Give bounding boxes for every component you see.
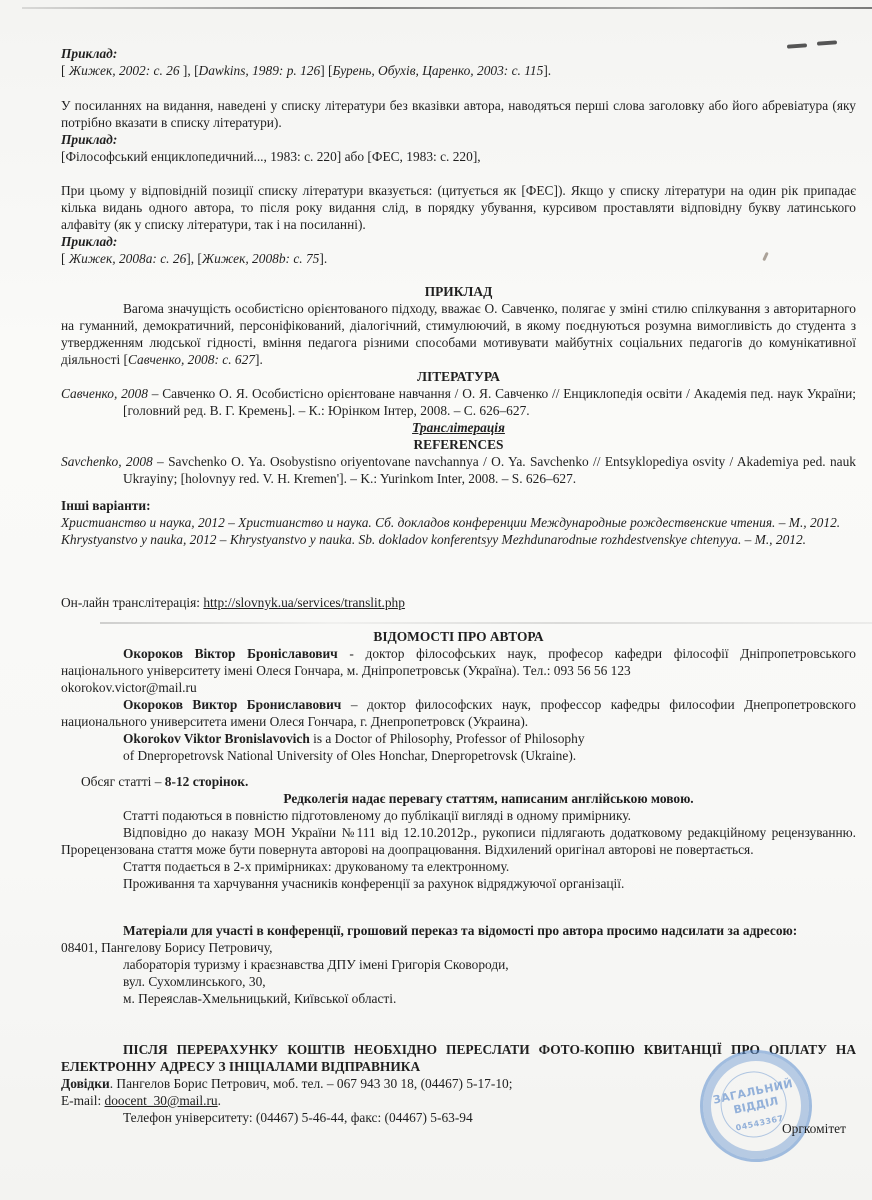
- example-label: Приклад:: [61, 45, 856, 62]
- example-1-citations: [ Жижек, 2002: с. 26 ], [Dawkins, 1989: …: [61, 62, 856, 79]
- variants-section: Інші варіанти: Христианство и наука, 201…: [61, 497, 856, 548]
- literature-entry: Савченко, 2008 – Савченко О. Я. Особисті…: [61, 385, 856, 419]
- example-label: Приклад:: [61, 233, 856, 250]
- author-name-en: Okorokov Viktor Bronislavovich: [123, 731, 310, 746]
- variant-item: Христианство и наука, 2012 – Христианств…: [61, 514, 856, 531]
- example-3-citations: [ Жижек, 2008a: с. 26], [Жижек, 2008b: с…: [61, 250, 856, 267]
- literature-heading: ЛІТЕРАТУРА: [61, 368, 856, 385]
- example-1: Приклад: [ Жижек, 2002: с. 26 ], [Dawkin…: [61, 45, 856, 79]
- example-paragraph: Вагома значущість особистісно орієнтован…: [61, 300, 856, 368]
- address-intro: Матеріали для участі в конференції, грош…: [61, 922, 856, 939]
- author-info-heading: ВІДОМОСТІ ПРО АВТОРА: [61, 628, 856, 645]
- example-2-citations: [Філософський енциклопедичний..., 1983: …: [61, 148, 856, 165]
- example-heading: ПРИКЛАД: [61, 283, 856, 300]
- document-page: Приклад: [ Жижек, 2002: с. 26 ], [Dawkin…: [0, 0, 872, 1200]
- example-label: Приклад:: [61, 131, 856, 148]
- author-info-section: ВІДОМОСТІ ПРО АВТОРА: [61, 628, 856, 645]
- no-author-rule: У посиланнях на видання, наведені у спис…: [61, 97, 856, 165]
- english-preference: Редколегія надає перевагу статтям, напис…: [61, 790, 856, 807]
- references-entry: Savchenko, 2008 – Savchenko O. Ya. Osoby…: [61, 453, 856, 487]
- author-email: okorokov.victor@mail.ru: [61, 679, 856, 696]
- variant-item: Khrystyanstvo y nauka, 2012 – Khrystyans…: [61, 531, 856, 548]
- references-heading: REFERENCES: [61, 436, 856, 453]
- article-volume: Обсяг статті – 8-12 сторінок.: [61, 773, 856, 790]
- translit-heading: Транслітерація: [61, 419, 856, 436]
- scan-smear: [100, 622, 872, 624]
- requirements-section: Обсяг статті – 8-12 сторінок. Редколегія…: [61, 773, 856, 892]
- variants-heading: Інші варіанти:: [61, 497, 856, 514]
- author-name-ru: Окороков Виктор Брониславович: [123, 697, 341, 712]
- example-section: ПРИКЛАД Вагома значущість особистісно ор…: [61, 283, 856, 487]
- translit-link[interactable]: http://slovnyk.ua/services/translit.php: [203, 595, 405, 610]
- author-name-ua: Окороков Віктор Броніславович: [123, 646, 338, 661]
- scan-edge-line: [22, 7, 872, 9]
- author-ua: Окороков Віктор Броніславович - доктор ф…: [61, 645, 856, 764]
- same-year-rule: При цьому у відповідній позиції списку л…: [61, 182, 856, 267]
- signature-orgcommittee: Оргкомітет: [782, 1121, 846, 1137]
- online-translit: Он-лайн транслітерація: http://slovnyk.u…: [61, 594, 856, 611]
- address-section: Матеріали для участі в конференції, грош…: [61, 922, 856, 1007]
- email-link[interactable]: doocent_30@mail.ru: [105, 1093, 218, 1108]
